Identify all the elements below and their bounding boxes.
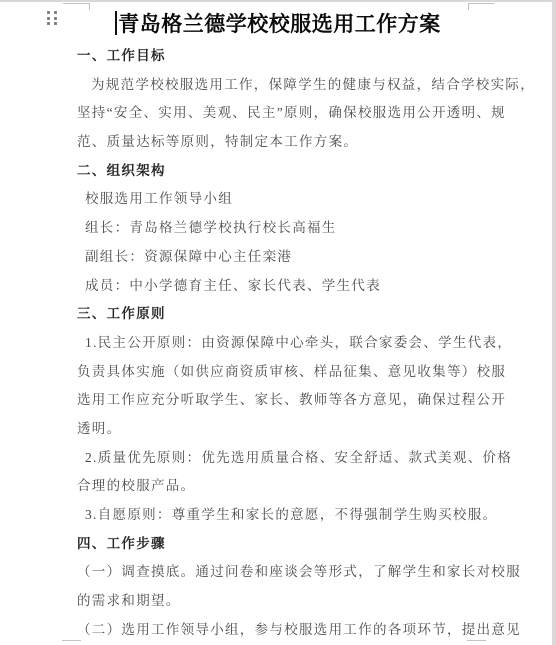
- text-line: 选用工作应充分听取学生、家长、教师等各方意见，确保过程公开: [77, 386, 546, 415]
- page-right-edge: [552, 0, 556, 645]
- text-line: 坚持“安全、实用、美观、民主”原则，确保校服选用公开透明、规: [77, 99, 546, 128]
- text-line: 成员：中小学德育主任、家长代表、学生代表: [77, 272, 546, 301]
- document-lines: 一、工作目标为规范学校校服选用工作，保障学生的健康与权益，结合学校实际，坚持“安…: [0, 40, 556, 644]
- text-line: 范、质量达标等原则，特制定本工作方案。: [77, 128, 546, 157]
- text-line: 透明。: [77, 415, 546, 444]
- paragraph-drag-handle-icon[interactable]: [47, 11, 57, 25]
- document-title-row: 青岛格兰德学校校服选用工作方案: [0, 6, 556, 40]
- text-line: （一）调查摸底。通过问卷和座谈会等形式，了解学生和家长对校服: [77, 558, 546, 587]
- text-line: 的需求和期望。: [77, 587, 546, 616]
- text-line: 负责具体实施（如供应商资质审核、样品征集、意见收集等）校服: [77, 358, 546, 387]
- document-page: 青岛格兰德学校校服选用工作方案 一、工作目标为规范学校校服选用工作，保障学生的健…: [0, 0, 556, 645]
- text-line: 2.质量优先原则：优先选用质量合格、安全舒适、款式美观、价格: [77, 444, 546, 473]
- section-heading: 三、工作原则: [77, 300, 546, 329]
- section-heading: 四、工作步骤: [77, 530, 546, 559]
- text-line: 3.自愿原则：尊重学生和家长的意愿，不得强制学生购买校服。: [77, 501, 546, 530]
- section-heading: 一、工作目标: [77, 42, 546, 71]
- text-cursor: [115, 11, 117, 35]
- text-line: 组长：青岛格兰德学校执行校长高福生: [77, 214, 546, 243]
- margin-mark-bottom-right-icon: [467, 640, 486, 641]
- margin-mark-top-left-icon: [63, 3, 90, 10]
- text-line: 1.民主公开原则：由资源保障中心牵头，联合家委会、学生代表，: [77, 329, 546, 358]
- document-title: 青岛格兰德学校校服选用工作方案: [118, 8, 441, 38]
- margin-mark-top-right-icon: [468, 3, 494, 10]
- page-top-edge: [0, 0, 556, 2]
- text-line: 副组长：资源保障中心主任栾港: [77, 243, 546, 272]
- margin-mark-bottom-left-icon: [62, 640, 81, 641]
- text-line: 校服选用工作领导小组: [77, 185, 546, 214]
- text-line: 为规范学校校服选用工作，保障学生的健康与权益，结合学校实际，: [77, 71, 546, 100]
- section-heading: 二、组织架构: [77, 157, 546, 186]
- text-line: 合理的校服产品。: [77, 472, 546, 501]
